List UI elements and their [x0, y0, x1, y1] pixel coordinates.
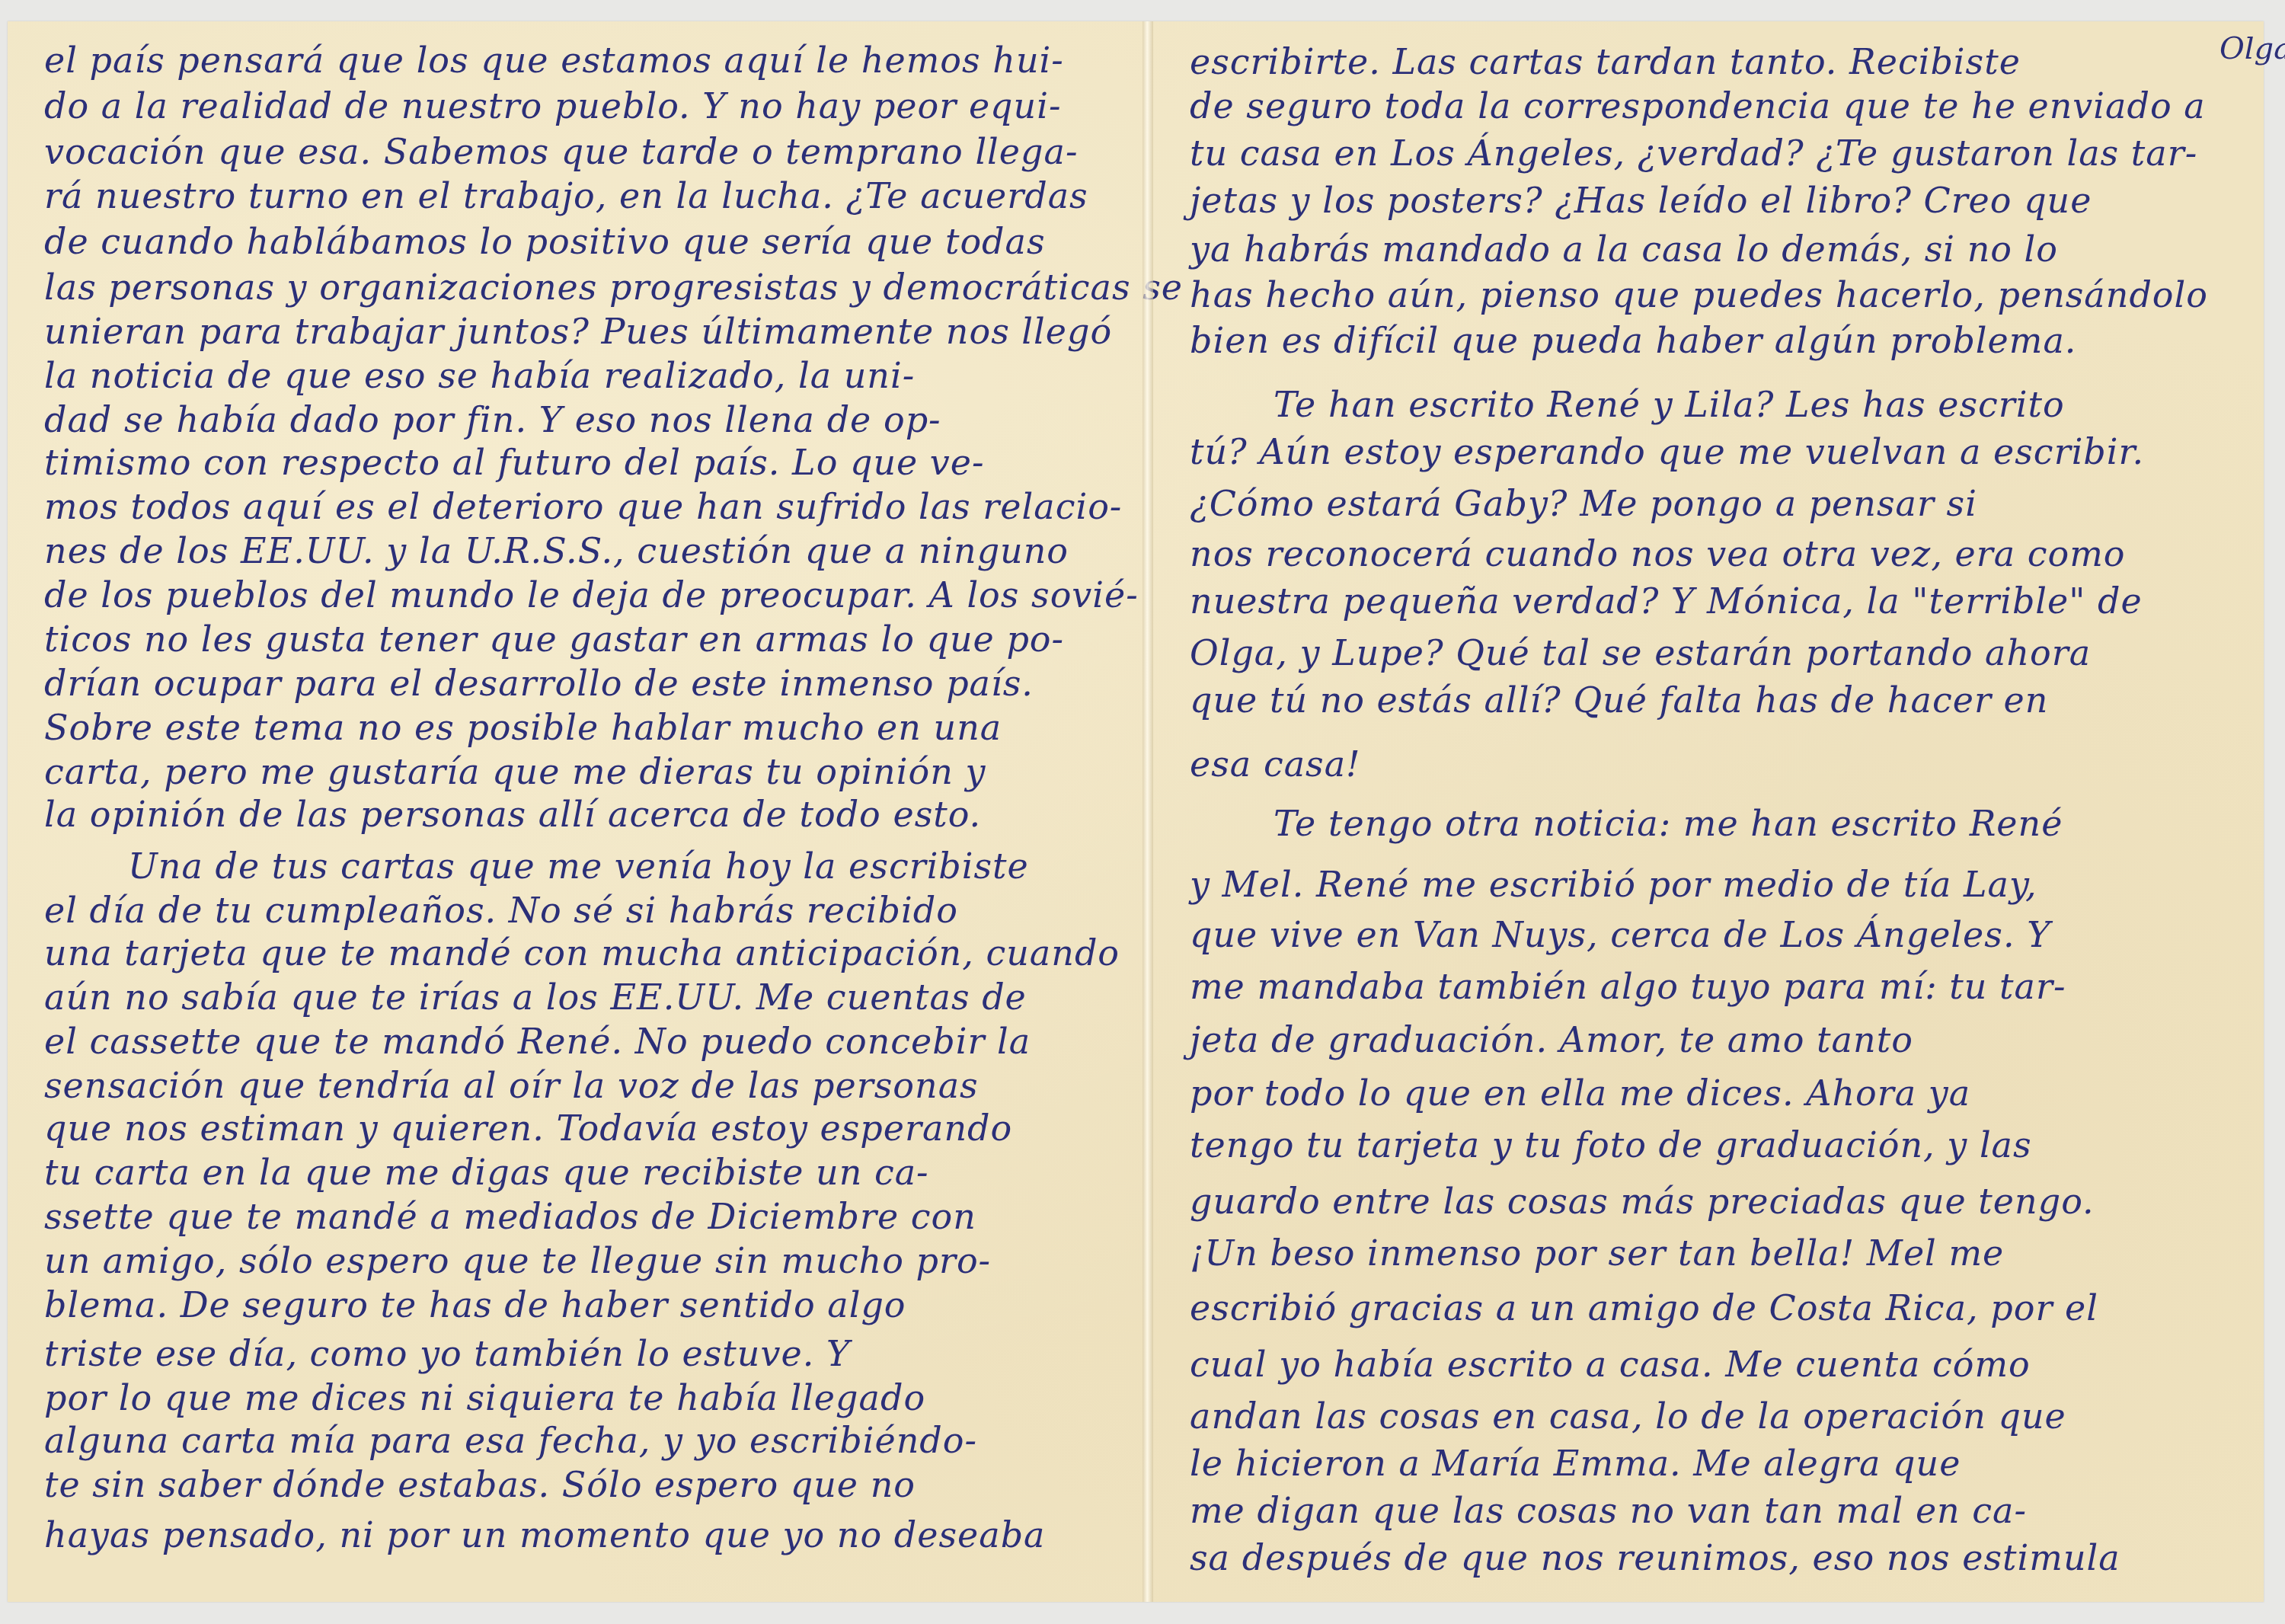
- left-line-33: te sin saber dónde estabas. Sólo espero …: [44, 1467, 916, 1502]
- right-line-15: esa casa!: [1190, 746, 1361, 782]
- right-line-14: que tú no estás allí? Qué falta has de h…: [1190, 683, 2048, 718]
- right-line-5: ya habrás mandado a la casa lo demás, si…: [1190, 232, 2058, 267]
- right-line-9: tú? Aún estoy esperando que me vuelvan a…: [1190, 434, 2144, 469]
- page-fold: [1142, 21, 1153, 1602]
- right-line-20: jeta de graduación. Amor, te amo tanto: [1190, 1022, 1913, 1057]
- left-line-9: dad se había dado por fin. Y eso nos lle…: [44, 402, 941, 437]
- left-line-21: una tarjeta que te mandé con mucha antic…: [44, 935, 1120, 970]
- left-line-31: por lo que me dices ni siquiera te había…: [44, 1380, 925, 1415]
- left-line-28: un amigo, sólo espero que te llegue sin …: [44, 1243, 991, 1278]
- left-line-5: de cuando hablábamos lo positivo que ser…: [44, 224, 1046, 259]
- right-line-6: has hecho aún, pienso que puedes hacerlo…: [1190, 277, 2208, 312]
- left-line-19: Una de tus cartas que me venía hoy la es…: [44, 849, 1029, 884]
- left-line-13: de los pueblos del mundo le deja de preo…: [44, 577, 1139, 612]
- left-line-8: la noticia de que eso se había realizado…: [44, 358, 915, 393]
- left-page: el país pensará que los que estamos aquí…: [8, 21, 1142, 1602]
- left-line-10: timismo con respecto al futuro del país.…: [44, 445, 985, 480]
- margin-note: Olga: [2219, 32, 2258, 66]
- right-line-26: cual yo había escrito a casa. Me cuenta …: [1190, 1347, 2031, 1382]
- right-line-22: tengo tu tarjeta y tu foto de graduación…: [1190, 1127, 2032, 1162]
- right-line-28: le hicieron a María Emma. Me alegra que: [1190, 1446, 1961, 1481]
- right-line-29: me digan que las cosas no van tan mal en…: [1190, 1493, 2027, 1528]
- right-line-27: andan las cosas en casa, lo de la operac…: [1190, 1399, 2066, 1434]
- right-line-30: sa después de que nos reunimos, eso nos …: [1190, 1540, 2120, 1575]
- right-line-1: escribirte. Las cartas tardan tanto. Rec…: [1190, 44, 2021, 79]
- left-line-24: sensación que tendría al oír la voz de l…: [44, 1068, 979, 1103]
- right-line-19: me mandaba también algo tuyo para mí: tu…: [1190, 969, 2066, 1004]
- right-line-13: Olga, y Lupe? Qué tal se estarán portand…: [1190, 635, 2091, 670]
- right-line-4: jetas y los posters? ¿Has leído el libro…: [1190, 183, 2092, 218]
- right-line-16: Te tengo otra noticia: me han escrito Re…: [1190, 806, 2063, 841]
- right-line-25: escribió gracias a un amigo de Costa Ric…: [1190, 1290, 2098, 1325]
- left-line-18: la opinión de las personas allí acerca d…: [44, 797, 981, 832]
- left-line-30: triste ese día, como yo también lo estuv…: [44, 1336, 850, 1371]
- left-line-34: hayas pensado, ni por un momento que yo …: [44, 1517, 1046, 1552]
- left-line-7: unieran para trabajar juntos? Pues últim…: [44, 314, 1112, 349]
- right-line-7: bien es difícil que pueda haber algún pr…: [1190, 323, 2076, 358]
- left-line-29: blema. De seguro te has de haber sentido…: [44, 1287, 906, 1322]
- left-line-27: ssette que te mandé a mediados de Diciem…: [44, 1199, 976, 1234]
- right-line-23: guardo entre las cosas más preciadas que…: [1190, 1184, 2095, 1219]
- left-line-4: rá nuestro turno en el trabajo, en la lu…: [44, 178, 1088, 213]
- right-line-3: tu casa en Los Ángeles, ¿verdad? ¿Te gus…: [1190, 136, 2197, 171]
- right-page: Olga escribirte. Las cartas tardan tanto…: [1153, 21, 2264, 1602]
- left-line-1: el país pensará que los que estamos aquí…: [44, 43, 1064, 78]
- left-line-32: alguna carta mía para esa fecha, y yo es…: [44, 1423, 977, 1458]
- left-line-22: aún no sabía que te irías a los EE.UU. M…: [44, 980, 1027, 1015]
- left-line-15: drían ocupar para el desarrollo de este …: [44, 666, 1034, 701]
- left-line-16: Sobre este tema no es posible hablar muc…: [44, 710, 1002, 745]
- left-line-11: mos todos aquí es el deterioro que han s…: [44, 489, 1122, 524]
- right-line-17: y Mel. René me escribió por medio de tía…: [1190, 867, 2037, 902]
- left-line-3: vocación que esa. Sabemos que tarde o te…: [44, 134, 1078, 169]
- right-line-18: que vive en Van Nuys, cerca de Los Ángel…: [1190, 917, 2051, 952]
- left-line-14: ticos no les gusta tener que gastar en a…: [44, 622, 1064, 657]
- left-line-6: las personas y organizaciones progresist…: [44, 270, 1183, 305]
- letter-sheet: el país pensará que los que estamos aquí…: [8, 21, 2264, 1602]
- left-line-23: el cassette que te mandó René. No puedo …: [44, 1024, 1031, 1059]
- right-line-2: de seguro toda la correspondencia que te…: [1190, 88, 2206, 123]
- right-line-10: ¿Cómo estará Gaby? Me pongo a pensar si: [1190, 486, 1977, 521]
- left-line-26: tu carta en la que me digas que recibist…: [44, 1155, 929, 1190]
- left-line-17: carta, pero me gustaría que me dieras tu…: [44, 754, 986, 789]
- right-line-21: por todo lo que en ella me dices. Ahora …: [1190, 1076, 1970, 1111]
- right-line-12: nuestra pequeña verdad? Y Mónica, la "te…: [1190, 583, 2143, 619]
- right-line-11: nos reconocerá cuando nos vea otra vez, …: [1190, 536, 2126, 571]
- right-line-8: Te han escrito René y Lila? Les has escr…: [1190, 387, 2065, 422]
- left-line-12: nes de los EE.UU. y la U.R.S.S., cuestió…: [44, 533, 1069, 568]
- right-line-24: ¡Un beso inmenso por ser tan bella! Mel …: [1190, 1236, 2004, 1271]
- left-line-25: que nos estiman y quieren. Todavía estoy…: [44, 1111, 1012, 1146]
- left-line-2: do a la realidad de nuestro pueblo. Y no…: [44, 88, 1061, 123]
- left-line-20: el día de tu cumpleaños. No sé si habrás…: [44, 893, 958, 928]
